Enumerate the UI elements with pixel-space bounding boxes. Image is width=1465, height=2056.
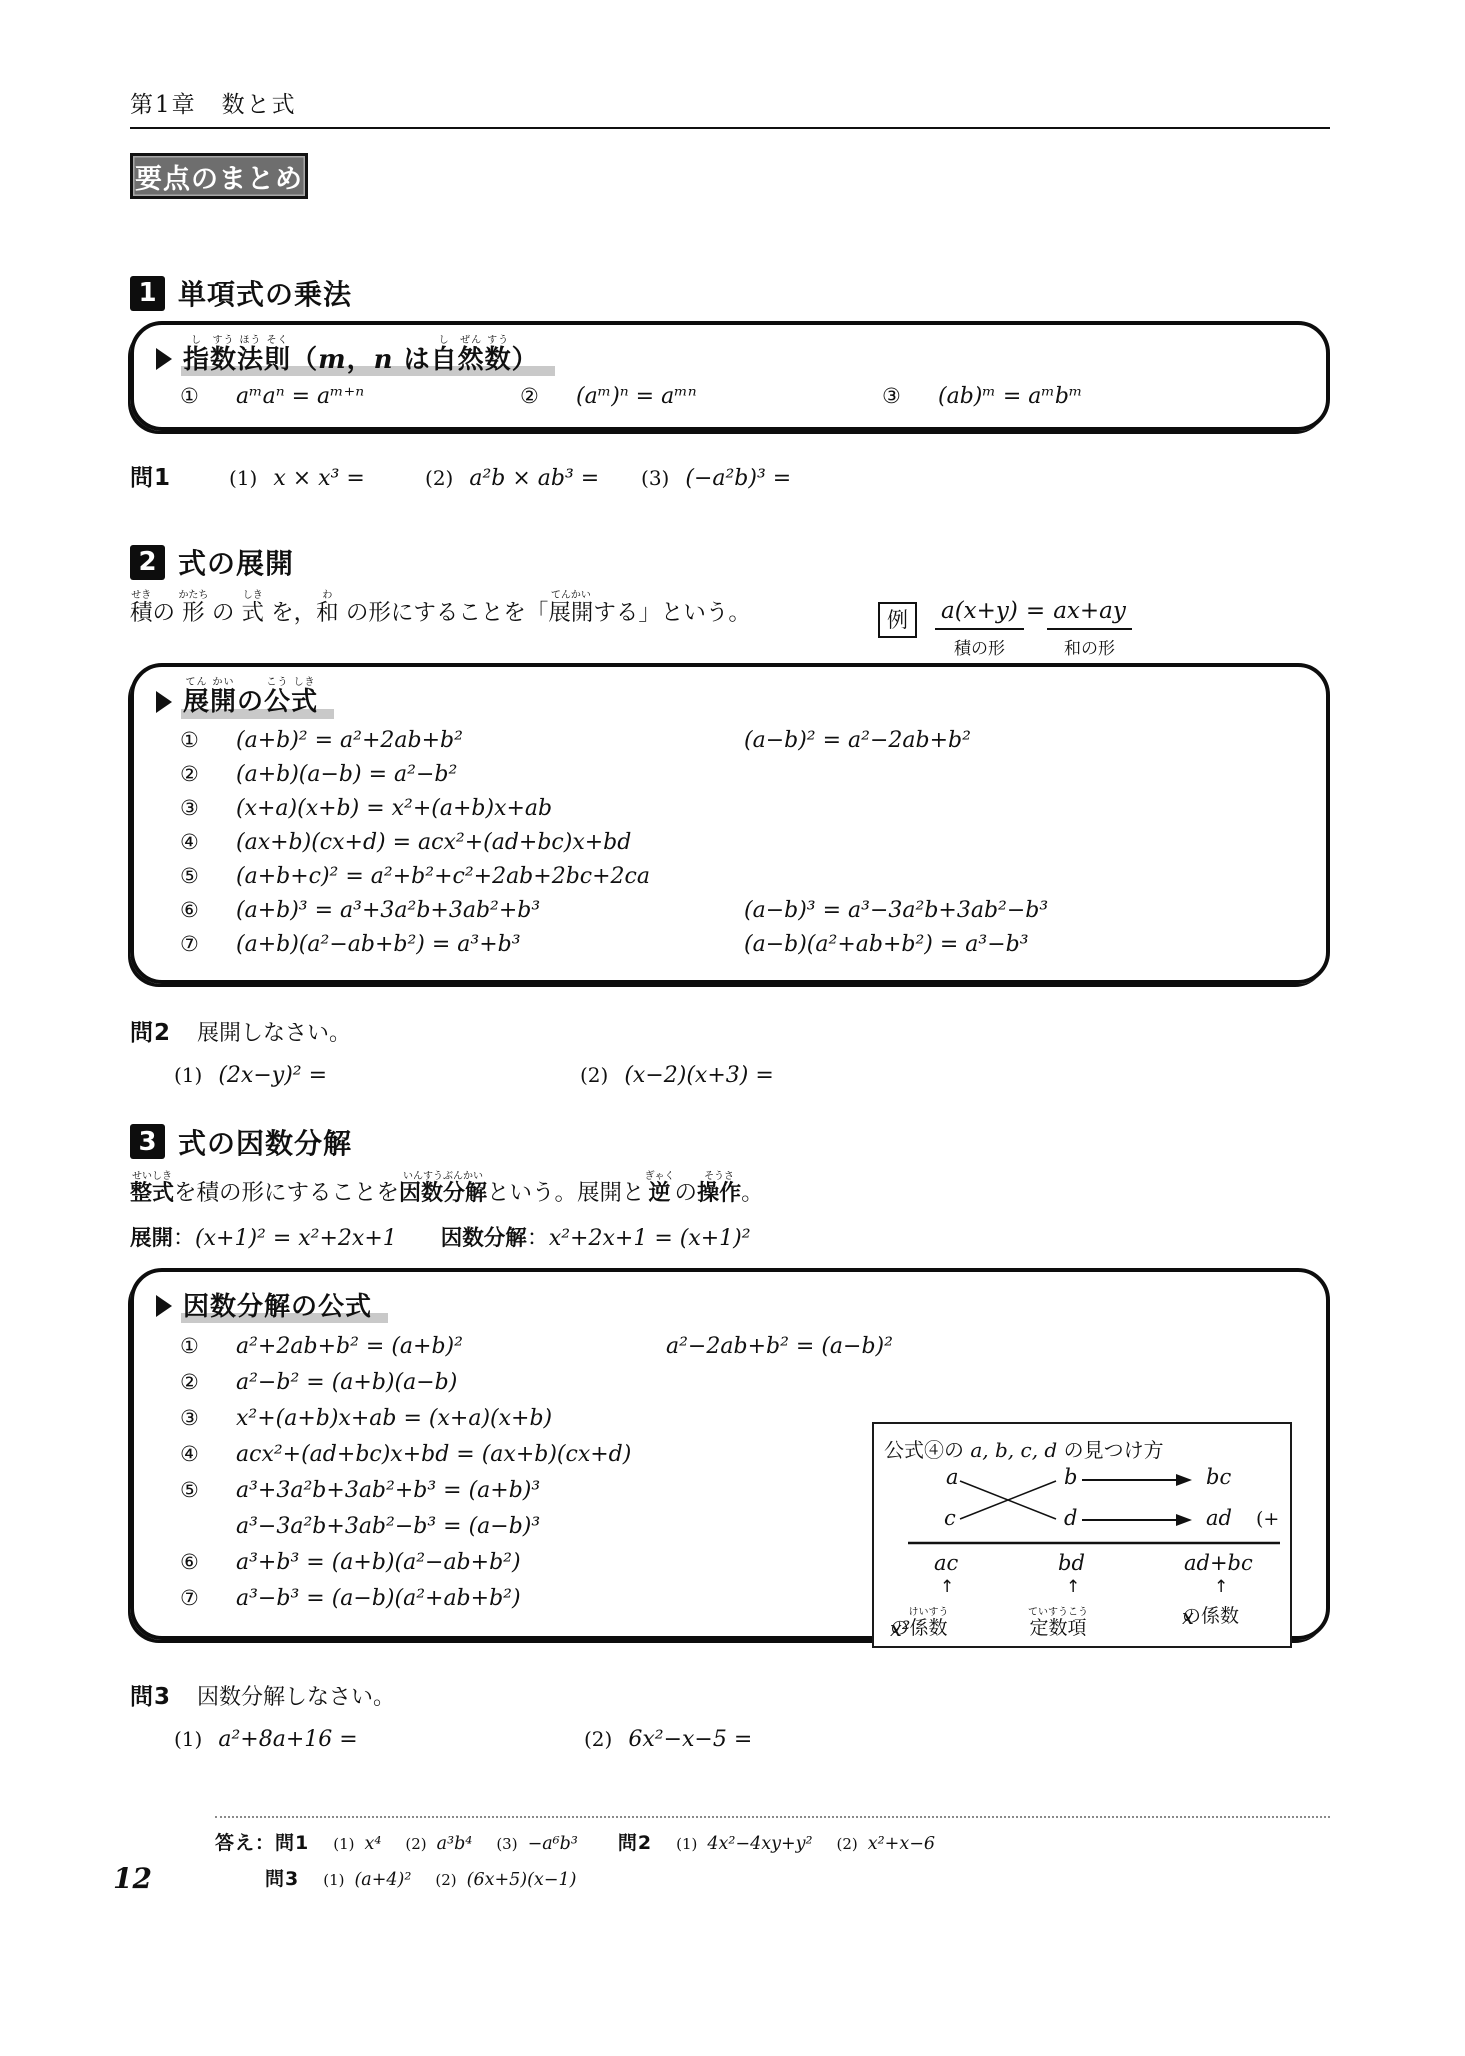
section-title: 式の展開 <box>178 542 294 582</box>
problem: x × x³ = <box>273 466 364 491</box>
var-d: d <box>1064 1508 1077 1529</box>
answer: a³b⁴ <box>437 1834 473 1854</box>
product-bc: bc <box>1206 1467 1231 1488</box>
example-lhs-caption: 積の形 <box>954 634 1005 659</box>
page-number: 12 <box>113 1862 152 1895</box>
question-items: (1)a²+8a+16 = (2)6x²−x−5 = <box>130 1727 1330 1752</box>
question-label: 問2 <box>130 1014 171 1047</box>
var-b: b <box>1064 1467 1077 1488</box>
item-number: (1) <box>676 1835 697 1853</box>
example-label: 例 <box>878 602 917 638</box>
answer: x⁴ <box>365 1834 382 1854</box>
item-number: ⑥ <box>180 898 236 922</box>
section-title: 式の因数分解 <box>178 1122 352 1162</box>
example-rhs: ax+ay <box>1047 598 1132 630</box>
answer: (a+4)² <box>354 1870 411 1890</box>
question-3: 問3 因数分解しなさい。 (1)a²+8a+16 = (2)6x²−x−5 = <box>130 1678 1330 1752</box>
item-number: (1) <box>229 466 257 490</box>
product-ac: ac <box>934 1553 958 1574</box>
formula: (ax+b)(cx+d) = acx²+(ad+bc)x+bd <box>236 830 744 855</box>
triangle-marker-icon <box>156 1295 172 1317</box>
item-number: (2) <box>425 466 453 490</box>
formula: x²+(a+b)x+ab = (x+a)(x+b) <box>236 1406 666 1431</box>
question-items: (1)x × x³ = (2)a²b × ab³ = (3)(−a²b)³ = <box>229 466 791 491</box>
item-number: ② <box>180 762 236 786</box>
formula: a²−2ab+b² = (a−b)² <box>666 1334 893 1359</box>
item-number: ① <box>180 728 236 752</box>
triangle-marker-icon <box>156 348 172 370</box>
answers-block: 12 答え： 問1 (1)x⁴ (2)a³b⁴ (3)−a⁶b³ 問2 (1)4… <box>215 1816 1330 1891</box>
section-2-heading: 2 式の展開 <box>130 542 1330 582</box>
example-rhs-caption: 和の形 <box>1064 634 1115 659</box>
item-number: (1) <box>174 1063 202 1087</box>
item-number: (2) <box>435 1871 456 1889</box>
answer: −a⁶b³ <box>528 1834 578 1854</box>
expansion-formula-box: 展てん開かいの公こう式しき ①(a+b)² = a²+2ab+b²(a−b)² … <box>130 663 1330 983</box>
section-number: 1 <box>130 276 165 311</box>
item-number: ② <box>520 384 576 408</box>
item-number: ⑦ <box>180 932 236 956</box>
section-number: 2 <box>130 545 165 580</box>
item-number: (1) <box>174 1727 202 1751</box>
item-number: ② <box>180 1370 236 1394</box>
section-number: 3 <box>130 1124 165 1159</box>
box-header-text: 因数分解の公式 <box>181 1282 380 1323</box>
formula: (a−b)³ = a³−3a²b+3ab²−b³ <box>744 898 1048 923</box>
exponent-rule-box: 指し数すう法ほう則そく（m，n は自し然ぜん数すう） ①aᵐaⁿ = aᵐ⁺ⁿ … <box>130 321 1330 431</box>
problem: a²b × ab³ = <box>469 466 599 491</box>
item-number: ① <box>180 1334 236 1358</box>
formula: a²+2ab+b² = (a+b)² <box>236 1334 666 1359</box>
formula-row: ①aᵐaⁿ = aᵐ⁺ⁿ ②(aᵐ)ⁿ = aᵐⁿ ③(ab)ᵐ = aᵐbᵐ <box>180 384 1308 409</box>
formula: (a+b)³ = a³+3a²b+3ab²+b³ <box>236 898 744 923</box>
answers-line-1: 答え： 問1 (1)x⁴ (2)a³b⁴ (3)−a⁶b³ 問2 (1)4x²−… <box>215 1828 1330 1855</box>
plus-mark: (+ <box>1256 1510 1279 1529</box>
hint-title: 公式④の a, b, c, d の見つけ方 <box>884 1434 1282 1463</box>
question-label: 問3 <box>130 1678 171 1711</box>
cross-multiplication-diagram: a b bc c d ad (+ ac bd ad+bc ↑ ↑ ↑ x² の係… <box>884 1467 1282 1639</box>
answer: (6x+5)(x−1) <box>467 1870 577 1890</box>
summary-badge: 要点のまとめ <box>130 153 308 199</box>
question-prompt: 因数分解しなさい。 <box>197 1680 395 1711</box>
example-block: 例 a(x+y) 積の形 = ax+ay 和の形 <box>878 590 1132 659</box>
up-arrow-icon: ↑ <box>1066 1579 1080 1596</box>
item-number: ③ <box>180 1406 236 1430</box>
equals-sign: = <box>1024 598 1047 628</box>
question-1: 問1 (1)x × x³ = (2)a²b × ab³ = (3)(−a²b)³… <box>130 459 1330 492</box>
section-2-intro-row: 積せきの 形かたち の 式しき を，和わ の形にすることを「展開てんかいする」と… <box>130 590 1330 659</box>
item-number: ① <box>180 384 236 408</box>
formula: (ab)ᵐ = aᵐbᵐ <box>938 384 1082 409</box>
item-number: (2) <box>584 1727 612 1751</box>
item-number: ⑤ <box>180 1478 236 1502</box>
product-ad: ad <box>1206 1508 1232 1529</box>
item-number: (2) <box>405 1835 426 1853</box>
formula: (a+b)² = a²+2ab+b² <box>236 728 744 753</box>
box-header: 因数分解の公式 <box>156 1282 1308 1323</box>
caption-x-coefficient: x の係数 <box>1182 1607 1239 1626</box>
up-arrow-icon: ↑ <box>1214 1579 1228 1596</box>
item-number: (3) <box>641 466 669 490</box>
formula: a³+b³ = (a+b)(a²−ab+b²) <box>236 1550 666 1575</box>
product-bd: bd <box>1058 1553 1085 1574</box>
answer-group-label: 問1 <box>275 1828 309 1855</box>
box-header: 展てん開かいの公こう式しき <box>156 677 1308 718</box>
answer-group-label: 問2 <box>618 1828 652 1855</box>
box-header: 指し数すう法ほう則そく（m，n は自し然ぜん数すう） <box>156 335 1308 376</box>
question-2: 問2 展開しなさい。 (1)(2x−y)² = (2)(x−2)(x+3) = <box>130 1014 1330 1088</box>
section-3-intro: 整式せいしきを積の形にすることを因数分解いんすうぶんかいという。展開と逆ぎゃくの… <box>130 1168 1330 1207</box>
answer: 4x²−4xy+y² <box>707 1834 812 1854</box>
triangle-marker-icon <box>156 691 172 713</box>
formula: (x+a)(x+b) = x²+(a+b)x+ab <box>236 796 744 821</box>
caption-constant-term: 定数項ていすうこう <box>1028 1607 1088 1638</box>
item-number: ⑥ <box>180 1550 236 1574</box>
item-number: (3) <box>496 1835 517 1853</box>
problem: 6x²−x−5 = <box>628 1727 752 1752</box>
formula: a²−b² = (a+b)(a−b) <box>236 1370 666 1395</box>
formula: (a−b)(a²+ab+b²) = a³−b³ <box>744 932 1029 957</box>
var-c: c <box>944 1508 956 1529</box>
problem: a²+8a+16 = <box>218 1727 357 1752</box>
formula: (a−b)² = a²−2ab+b² <box>744 728 971 753</box>
formula: a³−b³ = (a−b)(a²+ab+b²) <box>236 1586 666 1611</box>
formula: acx²+(ad+bc)x+bd = (ax+b)(cx+d) <box>236 1442 666 1467</box>
sum-ad-bc: ad+bc <box>1184 1553 1253 1574</box>
item-number: (1) <box>323 1871 344 1889</box>
item-number: ③ <box>882 384 938 408</box>
answers-prefix: 答え： <box>215 1828 275 1855</box>
example-lhs: a(x+y) <box>935 598 1024 630</box>
problem: (−a²b)³ = <box>685 466 791 491</box>
formula-continued: a³−3a²b+3ab²−b³ = (a−b)³ <box>236 1514 540 1539</box>
formula: a³+3a²b+3ab²+b³ = (a+b)³ <box>236 1478 666 1503</box>
item-number: ③ <box>180 796 236 820</box>
item-number: ⑤ <box>180 864 236 888</box>
caption-x2-coefficient: x² の係数けいすう <box>890 1607 949 1638</box>
up-arrow-icon: ↑ <box>940 1579 954 1596</box>
formula: (a+b)(a²−ab+b²) = a³+b³ <box>236 932 744 957</box>
item-number: ④ <box>180 1442 236 1466</box>
hint-box: 公式④の a, b, c, d の見つけ方 a b bc c d ad (+ <box>872 1422 1292 1648</box>
chapter-heading: 第1章 数と式 <box>130 86 1330 129</box>
question-items: (1)(2x−y)² = (2)(x−2)(x+3) = <box>130 1063 1330 1088</box>
answer-group-label: 問3 <box>265 1864 299 1891</box>
item-number: (2) <box>580 1063 608 1087</box>
factoring-formula-box: 因数分解の公式 ①a²+2ab+b² = (a+b)²a²−2ab+b² = (… <box>130 1268 1330 1640</box>
problem: (2x−y)² = <box>218 1063 327 1088</box>
question-label: 問1 <box>130 459 171 492</box>
answers-line-2: 問3 (1)(a+4)² (2)(6x+5)(x−1) <box>215 1864 1330 1891</box>
formula: aᵐaⁿ = aᵐ⁺ⁿ <box>236 384 364 409</box>
section-1-heading: 1 単項式の乗法 <box>130 273 1330 313</box>
section-title: 単項式の乗法 <box>178 273 352 313</box>
textbook-page: 第1章 数と式 要点のまとめ 1 単項式の乗法 指し数すう法ほう則そく（m，n … <box>0 0 1465 2056</box>
section-3-heading: 3 式の因数分解 <box>130 1122 1330 1162</box>
problem: (x−2)(x+3) = <box>624 1063 773 1088</box>
formula: (aᵐ)ⁿ = aᵐⁿ <box>576 384 697 409</box>
answer: x²+x−6 <box>868 1834 935 1854</box>
item-number: (1) <box>333 1835 354 1853</box>
box-header-text: 指し数すう法ほう則そく（m，n は自し然ぜん数すう） <box>181 335 547 376</box>
intro-text: 積せきの 形かたち の 式しき を，和わ の形にすることを「展開てんかいする」と… <box>130 590 878 627</box>
question-prompt: 展開しなさい。 <box>197 1016 351 1047</box>
expansion-vs-factoring-line: 展開：(x+1)² = x²+2x+1 因数分解：x²+2x+1 = (x+1)… <box>130 1221 1330 1252</box>
item-number: (2) <box>837 1835 858 1853</box>
formula: (a+b+c)² = a²+b²+c²+2ab+2bc+2ca <box>236 864 744 889</box>
item-number: ⑦ <box>180 1586 236 1610</box>
formula: (a+b)(a−b) = a²−b² <box>236 762 744 787</box>
box-header-text: 展てん開かいの公こう式しき <box>181 677 326 718</box>
var-a: a <box>946 1467 959 1488</box>
item-number: ④ <box>180 830 236 854</box>
